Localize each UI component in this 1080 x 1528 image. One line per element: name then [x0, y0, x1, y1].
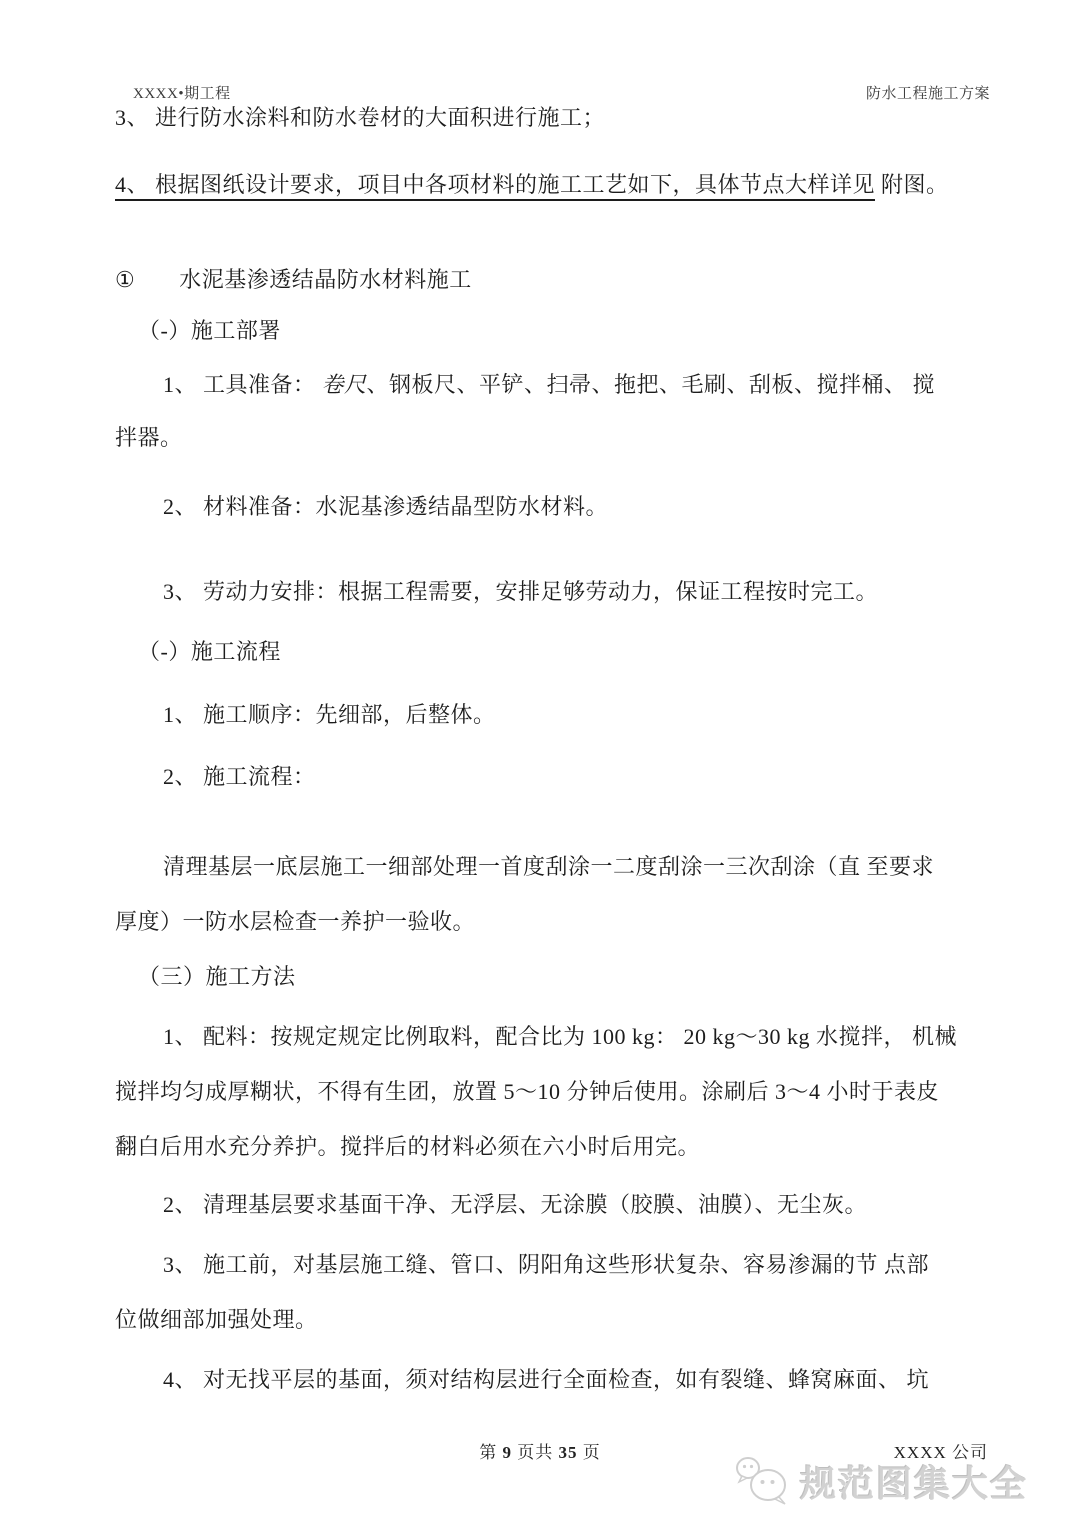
paragraph-tools-italic: 卷尺	[322, 372, 367, 397]
section-heading-title: 水泥基渗透结晶防水材料施工	[179, 267, 472, 292]
paragraph-mix-line2: 搅拌均匀成厚糊状，不得有生团，放置 5～10 分钟后使用。涂刷后 3～4 小时于…	[115, 1075, 939, 1106]
subsection-heading-method: （三）施工方法	[138, 960, 296, 991]
list-item-4-underlined: 4、 根据图纸设计要求，项目中各项材料的施工工艺如下，具体节点大样详见	[115, 172, 875, 201]
paragraph-no-leveling-layer: 4、 对无找平层的基面，须对结构层进行全面检查，如有裂缝、蜂窝麻面、 坑	[163, 1363, 929, 1394]
footer-page-suffix: 页	[578, 1443, 601, 1462]
list-item-4-tail: 附图。	[875, 172, 949, 197]
paragraph-clean-base: 2、 清理基层要求基面干净、无浮层、无涂膜（胶膜、油膜）、无尘灰。	[163, 1188, 867, 1219]
footer-total-pages: 35	[559, 1443, 578, 1462]
paragraph-flow-line1: 清理基层一底层施工一细部处理一首度刮涂一二度刮涂一三次刮涂（直 至要求	[163, 850, 934, 881]
subsection-heading-process: （-）施工流程	[138, 635, 281, 666]
wechat-bubbles-icon	[734, 1455, 792, 1507]
paragraph-tools-wrap: 拌器。	[115, 421, 183, 452]
footer-page-prefix: 第	[479, 1443, 502, 1462]
paragraph-flow-line2: 厚度）一防水层检查一养护一验收。	[115, 905, 475, 936]
paragraph-tools-prefix: 1、 工具准备：	[163, 372, 322, 397]
section-heading-circled-1: ①水泥基渗透结晶防水材料施工	[115, 263, 472, 294]
header-project-name: XXXX•期工程	[133, 82, 231, 103]
paragraph-order: 1、 施工顺序：先细部，后整体。	[163, 698, 496, 729]
paragraph-pre-construction-line2: 位做细部加强处理。	[115, 1303, 318, 1334]
list-item-4: 4、 根据图纸设计要求，项目中各项材料的施工工艺如下，具体节点大样详见 附图。	[115, 168, 949, 199]
footer-page-middle: 页共	[512, 1443, 559, 1462]
footer-current-page: 9	[503, 1443, 513, 1462]
paragraph-flow-label: 2、 施工流程：	[163, 760, 316, 791]
document-page: XXXX•期工程 防水工程施工方案 3、 进行防水涂料和防水卷材的大面积进行施工…	[0, 0, 1080, 1528]
paragraph-labor: 3、 劳动力安排：根据工程需要，安排足够劳动力，保证工程按时完工。	[163, 575, 878, 606]
watermark-text: 规范图集大全	[800, 1456, 1028, 1507]
paragraph-materials: 2、 材料准备：水泥基渗透结晶型防水材料。	[163, 490, 608, 521]
watermark: 规范图集大全	[734, 1455, 1028, 1507]
paragraph-mix-line3: 翻白后用水充分养护。搅拌后的材料必须在六小时后用完。	[115, 1130, 700, 1161]
list-item-3: 3、 进行防水涂料和防水卷材的大面积进行施工；	[115, 101, 605, 132]
subsection-heading-deployment: （-）施工部署	[138, 314, 281, 345]
paragraph-pre-construction-line1: 3、 施工前，对基层施工缝、管口、阴阳角这些形状复杂、容易渗漏的节 点部	[163, 1248, 929, 1279]
paragraph-tools: 1、 工具准备： 卷尺、钢板尺、平铲、扫帚、拖把、毛刷、刮板、搅拌桶、 搅	[163, 368, 935, 399]
paragraph-mix-line1: 1、 配料：按规定规定比例取料，配合比为 100 kg： 20 kg～30 kg…	[163, 1020, 957, 1051]
paragraph-tools-rest: 、钢板尺、平铲、扫帚、拖把、毛刷、刮板、搅拌桶、 搅	[367, 372, 936, 397]
circled-number-icon: ①	[115, 267, 135, 292]
header-doc-title: 防水工程施工方案	[866, 82, 990, 103]
